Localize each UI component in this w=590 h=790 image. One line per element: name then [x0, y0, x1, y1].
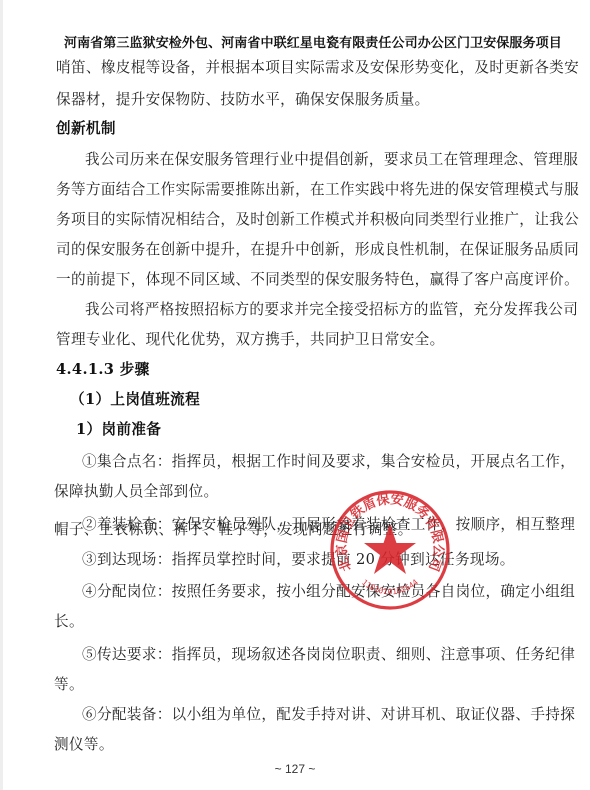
step-item-line: ①集合点名：指挥员，根据工作时间及要求，集合安检员，开展点名工作，	[82, 450, 575, 471]
step-item-line: 长。	[54, 610, 84, 631]
section-heading: 4.4.1.3 步骤	[56, 358, 150, 379]
paragraph-line: 我公司历来在保安服务管理行业中提倡创新，要求员工在管理理念、管理服	[85, 148, 578, 169]
step-item-line: 帽子、上衣标识、裤子、鞋子等，发现问题进行调整。	[54, 518, 413, 539]
paragraph-line: 务等方面结合工作实际需要推陈出新，在工作实践中将先进的保安管理模式与服	[56, 178, 579, 199]
subsection-heading: （1）上岗值班流程	[70, 388, 200, 409]
step-item-line: ④分配岗位：按照任务要求，按小组分配安保安检员各自岗位，确定小组组	[82, 580, 575, 601]
paragraph-line: 哨笛、橡皮棍等设备，并根据本项目实际需求及安保形势变化，及时更新各类安	[56, 56, 579, 77]
paragraph-line: 务项目的实际情况相结合，及时创新工作模式并积极向同类型行业推广，让我公	[56, 208, 579, 229]
paragraph-line: 我公司将严格按照招标方的要求并完全接受招标方的监管，充分发挥我公司	[85, 298, 578, 319]
section-title: 创新机制	[56, 117, 116, 138]
paragraph-line: 一的前提下，体现不同区域、不同类型的保安服务特色，赢得了客户高度评价。	[56, 268, 579, 289]
step-item-line: ⑥分配装备：以小组为单位，配发手持对讲、对讲耳机、取证仪器、手持探	[82, 703, 575, 724]
page-header: 河南省第三监狱安检外包、河南省中联红星电瓷有限责任公司办公区门卫安保服务项目	[64, 32, 562, 51]
sub-subsection-heading: 1）岗前准备	[76, 418, 161, 439]
paragraph-line: 司的保安服务在创新中提升，在提升中创新，形成良性机制，在保证服务品质同	[56, 238, 579, 259]
page-number: ~ 127 ~	[0, 762, 590, 776]
step-item-line: ③到达现场：指挥员掌控时间，要求提前 20 分钟到达任务现场。	[82, 548, 515, 569]
paragraph-line: 保器材，提升安保物防、技防水平，确保安保服务质量。	[56, 88, 430, 109]
step-item-line: ⑤传达要求：指挥员，现场叙述各岗岗位职责、细则、注意事项、任务纪律	[82, 643, 575, 664]
step-item-line: 测仪等。	[54, 733, 114, 754]
document-page: 河南省第三监狱安检外包、河南省中联红星电瓷有限责任公司办公区门卫安保服务项目 哨…	[0, 0, 590, 790]
step-item-line: 保障执勤人员全部到位。	[54, 480, 218, 501]
step-item-line: 等。	[54, 673, 84, 694]
paragraph-line: 管理专业化、现代化优势，双方携手，共同护卫日常安全。	[56, 328, 445, 349]
